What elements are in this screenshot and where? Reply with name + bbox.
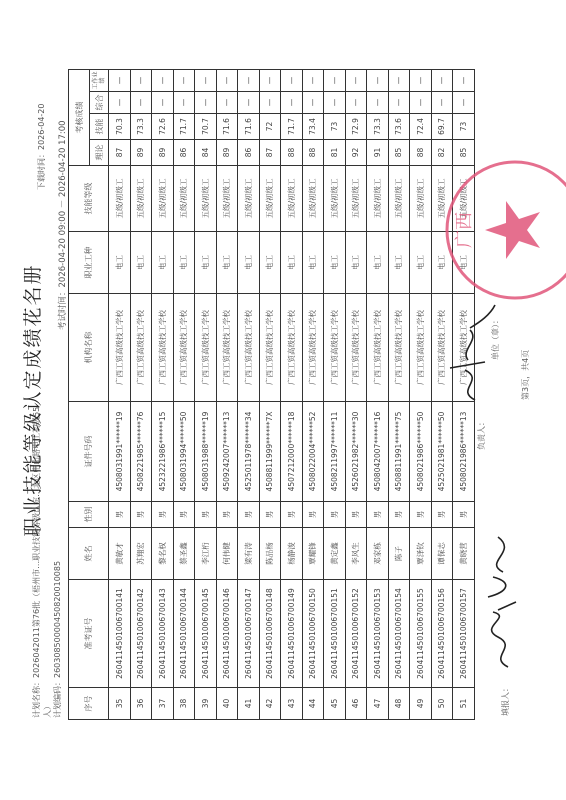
- cell-name: 黄晓营: [453, 528, 475, 580]
- cell-occ: 电工: [281, 232, 303, 294]
- cell-gender: 男: [216, 502, 238, 528]
- cell-skill: 71.7: [281, 114, 303, 140]
- cell-id: 4508022004******52: [302, 402, 324, 502]
- cell-level: 五级/初级工: [367, 166, 389, 232]
- cell-inst: 广西工贸高级技工学校: [324, 294, 346, 402]
- cell-name: 黄敏才: [109, 528, 131, 580]
- cell-seq: 46: [345, 688, 367, 720]
- cell-gender: 男: [152, 502, 174, 528]
- cell-ticket: 2604114501006700154: [388, 580, 410, 688]
- cell-level: 五级/初级工: [152, 166, 174, 232]
- cell-inst: 广西工贸高级技工学校: [367, 294, 389, 402]
- cell-level: 五级/初级工: [259, 166, 281, 232]
- header-gender: 性别: [69, 502, 109, 528]
- cell-perf: —: [152, 70, 174, 92]
- cell-id: 4525021981******50: [431, 402, 453, 502]
- official-seal-stamp: 广西: [440, 155, 566, 305]
- cell-id: 4508031994******50: [173, 402, 195, 502]
- cell-theory: 89: [130, 140, 152, 166]
- header-row: 序号 准考证号 姓名 性别 证件号码 机构名称 职业工种 技能等级 考核成绩: [69, 70, 90, 720]
- cell-overall: —: [109, 92, 131, 114]
- cell-occ: 电工: [367, 232, 389, 294]
- cell-overall: —: [173, 92, 195, 114]
- cell-gender: 男: [345, 502, 367, 528]
- cell-perf: —: [216, 70, 238, 92]
- cell-theory: 85: [388, 140, 410, 166]
- roster-page: 职业技能等级认定成绩花名册 计划名称：2026042011第76批（梧州市…职业…: [0, 0, 566, 800]
- cell-id: 4509242007******13: [216, 402, 238, 502]
- cell-seq: 45: [324, 688, 346, 720]
- cell-perf: —: [238, 70, 260, 92]
- cell-overall: —: [281, 92, 303, 114]
- cell-occ: 电工: [238, 232, 260, 294]
- cell-overall: —: [431, 92, 453, 114]
- cell-inst: 广西工贸高级技工学校: [195, 294, 217, 402]
- score-roster-table: 序号 准考证号 姓名 性别 证件号码 机构名称 职业工种 技能等级 考核成绩 理…: [68, 69, 475, 720]
- cell-skill: 70.7: [195, 114, 217, 140]
- cell-seq: 42: [259, 688, 281, 720]
- cell-perf: —: [367, 70, 389, 92]
- cell-ticket: 2604114501006700157: [453, 580, 475, 688]
- cell-perf: —: [453, 70, 475, 92]
- cell-overall: —: [152, 92, 174, 114]
- cell-level: 五级/初级工: [410, 166, 432, 232]
- cell-gender: 男: [130, 502, 152, 528]
- cell-id: 4508021986******50: [410, 402, 432, 502]
- cell-skill: 70.3: [109, 114, 131, 140]
- cell-overall: —: [367, 92, 389, 114]
- cell-name: 邓家栋: [367, 528, 389, 580]
- cell-seq: 49: [410, 688, 432, 720]
- cell-name: 黎名权: [152, 528, 174, 580]
- table-row: 452604114501006700151黄定鑫男4508211997*****…: [324, 70, 346, 720]
- cell-level: 五级/初级工: [302, 166, 324, 232]
- cell-gender: 男: [367, 502, 389, 528]
- unit-seal-label: 单位（章）：: [490, 316, 501, 360]
- cell-id: 4508221985******76: [130, 402, 152, 502]
- cell-name: 黄定鑫: [324, 528, 346, 580]
- header-name: 姓名: [69, 528, 109, 580]
- cell-perf: —: [431, 70, 453, 92]
- cell-id: 4526021982******30: [345, 402, 367, 502]
- cell-skill: 73: [324, 114, 346, 140]
- cell-overall: —: [195, 92, 217, 114]
- plan-number: 计划编码：26030850000450820010085: [52, 561, 63, 718]
- cell-overall: —: [388, 92, 410, 114]
- cell-gender: 男: [388, 502, 410, 528]
- header-scores-group: 考核成绩: [69, 70, 90, 166]
- cell-seq: 48: [388, 688, 410, 720]
- cell-name: 覃泽钦: [410, 528, 432, 580]
- table-row: 492604114501006700155覃泽钦男4508021986*****…: [410, 70, 432, 720]
- cell-overall: —: [302, 92, 324, 114]
- cell-ticket: 2604114501006700155: [410, 580, 432, 688]
- cell-level: 五级/初级工: [388, 166, 410, 232]
- cell-theory: 88: [281, 140, 303, 166]
- cell-theory: 88: [302, 140, 324, 166]
- cell-ticket: 2604114501006700142: [130, 580, 152, 688]
- header-performance: 工作业绩: [90, 70, 109, 92]
- cell-theory: 81: [324, 140, 346, 166]
- cell-overall: —: [324, 92, 346, 114]
- cell-inst: 广西工贸高级技工学校: [152, 294, 174, 402]
- header-theory: 理论: [90, 140, 109, 166]
- cell-id: 4508031988******19: [195, 402, 217, 502]
- cell-seq: 36: [130, 688, 152, 720]
- cell-skill: 72: [259, 114, 281, 140]
- cell-skill: 72.6: [152, 114, 174, 140]
- cell-inst: 广西工贸高级技工学校: [130, 294, 152, 402]
- cell-skill: 72.4: [410, 114, 432, 140]
- cell-ticket: 2604114501006700143: [152, 580, 174, 688]
- cell-id: 4523221986******15: [152, 402, 174, 502]
- cell-ticket: 2604114501006700147: [238, 580, 260, 688]
- table-row: 432604114501006700149杨静浚男4507212000*****…: [281, 70, 303, 720]
- cell-skill: 73.6: [388, 114, 410, 140]
- cell-seq: 40: [216, 688, 238, 720]
- cell-name: 陈子: [388, 528, 410, 580]
- cell-skill: 72.9: [345, 114, 367, 140]
- cell-gender: 男: [324, 502, 346, 528]
- cell-skill: 73: [453, 114, 475, 140]
- cell-gender: 男: [302, 502, 324, 528]
- cell-occ: 电工: [388, 232, 410, 294]
- cell-id: 4525011978******34: [238, 402, 260, 502]
- cell-theory: 87: [109, 140, 131, 166]
- cell-gender: 男: [281, 502, 303, 528]
- cell-occ: 电工: [109, 232, 131, 294]
- cell-skill: 71.7: [173, 114, 195, 140]
- cell-occ: 电工: [345, 232, 367, 294]
- cell-level: 五级/初级工: [345, 166, 367, 232]
- cell-perf: —: [410, 70, 432, 92]
- cell-occ: 电工: [216, 232, 238, 294]
- cell-skill: 73.3: [130, 114, 152, 140]
- cell-overall: —: [238, 92, 260, 114]
- table-row: 412604114501006700147梁有涛男4525011978*****…: [238, 70, 260, 720]
- header-id-number: 证件号码: [69, 402, 109, 502]
- table-row: 442604114501006700150覃耀锋男4508022004*****…: [302, 70, 324, 720]
- cell-name: 覃耀锋: [302, 528, 324, 580]
- table-row: 472604114501006700153邓家栋男4508042007*****…: [367, 70, 389, 720]
- cell-gender: 男: [431, 502, 453, 528]
- cell-skill: 71.6: [216, 114, 238, 140]
- table-row: 362604114501006700142苏翔宏男4508221985*****…: [130, 70, 152, 720]
- cell-skill: 69.7: [431, 114, 453, 140]
- cell-ticket: 2604114501006700144: [173, 580, 195, 688]
- cell-name: 陈品杨: [259, 528, 281, 580]
- cell-overall: —: [453, 92, 475, 114]
- cell-theory: 89: [216, 140, 238, 166]
- cell-gender: 男: [238, 502, 260, 528]
- cell-level: 五级/初级工: [281, 166, 303, 232]
- cell-name: 李江桁: [195, 528, 217, 580]
- cell-perf: —: [259, 70, 281, 92]
- cell-level: 五级/初级工: [195, 166, 217, 232]
- cell-gender: 男: [195, 502, 217, 528]
- cell-occ: 电工: [259, 232, 281, 294]
- cell-name: 李风生: [345, 528, 367, 580]
- cell-seq: 35: [109, 688, 131, 720]
- cell-perf: —: [281, 70, 303, 92]
- cell-skill: 71.6: [238, 114, 260, 140]
- cell-perf: —: [302, 70, 324, 92]
- cell-inst: 广西工贸高级技工学校: [410, 294, 432, 402]
- cell-seq: 47: [367, 688, 389, 720]
- header-level: 技能等级: [69, 166, 109, 232]
- cell-inst: 广西工贸高级技工学校: [345, 294, 367, 402]
- cell-id: 4508042007******16: [367, 402, 389, 502]
- table-row: 422604114501006700148陈品杨男4508811999*****…: [259, 70, 281, 720]
- table-row: 382604114501006700144蔡圣鑫男4508031994*****…: [173, 70, 195, 720]
- cell-seq: 37: [152, 688, 174, 720]
- header-institution: 机构名称: [69, 294, 109, 402]
- cell-theory: 84: [195, 140, 217, 166]
- cell-level: 五级/初级工: [216, 166, 238, 232]
- cell-perf: —: [130, 70, 152, 92]
- cell-id: 4508211997******11: [324, 402, 346, 502]
- cell-theory: 91: [367, 140, 389, 166]
- cell-perf: —: [345, 70, 367, 92]
- table-row: 352604114501006700141黄敏才男4508031991*****…: [109, 70, 131, 720]
- cell-inst: 广西工贸高级技工学校: [302, 294, 324, 402]
- cell-occ: 电工: [130, 232, 152, 294]
- cell-gender: 男: [109, 502, 131, 528]
- cell-name: 苏翔宏: [130, 528, 152, 580]
- cell-ticket: 2604114501006700151: [324, 580, 346, 688]
- cell-name: 何伟健: [216, 528, 238, 580]
- header-seq: 序号: [69, 688, 109, 720]
- cell-seq: 43: [281, 688, 303, 720]
- cell-seq: 41: [238, 688, 260, 720]
- header-skill: 技能: [90, 114, 109, 140]
- cell-perf: —: [324, 70, 346, 92]
- cell-gender: 男: [173, 502, 195, 528]
- cell-overall: —: [410, 92, 432, 114]
- reviewer-label: 负责人：: [476, 418, 487, 450]
- roster-body: 352604114501006700141黄敏才男4508031991*****…: [109, 70, 475, 720]
- cell-level: 五级/初级工: [109, 166, 131, 232]
- header-ticket: 准考证号: [69, 580, 109, 688]
- cell-inst: 广西工贸高级技工学校: [388, 294, 410, 402]
- cell-level: 五级/初级工: [173, 166, 195, 232]
- cell-gender: 男: [410, 502, 432, 528]
- filler-label: 填报人：: [500, 684, 511, 716]
- cell-ticket: 2604114501006700145: [195, 580, 217, 688]
- cell-id: 4508021986******13: [453, 402, 475, 502]
- cell-inst: 广西工贸高级技工学校: [259, 294, 281, 402]
- cell-id: 4508031991******19: [109, 402, 131, 502]
- cell-name: 谭保志: [431, 528, 453, 580]
- cell-occ: 电工: [324, 232, 346, 294]
- cell-theory: 88: [410, 140, 432, 166]
- header-overall: 综合: [90, 92, 109, 114]
- cell-name: 蔡圣鑫: [173, 528, 195, 580]
- cell-level: 五级/初级工: [324, 166, 346, 232]
- cell-seq: 38: [173, 688, 195, 720]
- cell-occ: 电工: [302, 232, 324, 294]
- cell-ticket: 2604114501006700141: [109, 580, 131, 688]
- cell-seq: 51: [453, 688, 475, 720]
- cell-ticket: 2604114501006700146: [216, 580, 238, 688]
- cell-ticket: 2604114501006700153: [367, 580, 389, 688]
- cell-overall: —: [216, 92, 238, 114]
- cell-theory: 92: [345, 140, 367, 166]
- cell-theory: 86: [238, 140, 260, 166]
- cell-ticket: 2604114501006700156: [431, 580, 453, 688]
- filler-signature: [478, 522, 528, 672]
- cell-overall: —: [259, 92, 281, 114]
- cell-ticket: 2604114501006700152: [345, 580, 367, 688]
- cell-gender: 男: [259, 502, 281, 528]
- table-row: 482604114501006700154陈子男4508811991******…: [388, 70, 410, 720]
- cell-gender: 男: [453, 502, 475, 528]
- cell-perf: —: [195, 70, 217, 92]
- cell-level: 五级/初级工: [130, 166, 152, 232]
- table-row: 372604114501006700143黎名权男4523221986*****…: [152, 70, 174, 720]
- cell-ticket: 2604114501006700148: [259, 580, 281, 688]
- cell-theory: 87: [259, 140, 281, 166]
- cell-name: 杨静浚: [281, 528, 303, 580]
- cell-occ: 电工: [195, 232, 217, 294]
- page-count: 第3页，共4页: [520, 350, 531, 400]
- cell-overall: —: [130, 92, 152, 114]
- cell-seq: 44: [302, 688, 324, 720]
- cell-seq: 39: [195, 688, 217, 720]
- cell-occ: 电工: [152, 232, 174, 294]
- table-row: 462604114501006700152李风生男4526021982*****…: [345, 70, 367, 720]
- cell-level: 五级/初级工: [238, 166, 260, 232]
- exam-time: 考试时间：2026-04-20 09:00 － 2026-04-20 17:00: [56, 120, 68, 330]
- cell-inst: 广西工贸高级技工学校: [281, 294, 303, 402]
- cell-name: 梁有涛: [238, 528, 260, 580]
- plan-name: 计划名称：2026042011第76批（梧州市…职业技能等级认定…北区中山路电工…: [31, 407, 42, 718]
- header-occupation: 职业工种: [69, 232, 109, 294]
- stamp-text: 广西: [454, 212, 475, 248]
- cell-overall: —: [345, 92, 367, 114]
- cell-id: 4507212000******18: [281, 402, 303, 502]
- cell-inst: 广西工贸高级技工学校: [173, 294, 195, 402]
- table-row: 392604114501006700145李江桁男4508031988*****…: [195, 70, 217, 720]
- cell-id: 4508811991******75: [388, 402, 410, 502]
- cell-ticket: 2604114501006700150: [302, 580, 324, 688]
- cell-id: 4508811999******7X: [259, 402, 281, 502]
- cell-inst: 广西工贸高级技工学校: [216, 294, 238, 402]
- cell-perf: —: [173, 70, 195, 92]
- cell-seq: 50: [431, 688, 453, 720]
- cell-occ: 电工: [410, 232, 432, 294]
- cell-perf: —: [388, 70, 410, 92]
- cell-occ: 电工: [173, 232, 195, 294]
- cell-perf: —: [109, 70, 131, 92]
- download-time: 下载时间：2026-04-20: [36, 104, 47, 191]
- cell-theory: 86: [173, 140, 195, 166]
- cell-skill: 73.4: [302, 114, 324, 140]
- cell-inst: 广西工贸高级技工学校: [238, 294, 260, 402]
- cell-theory: 89: [152, 140, 174, 166]
- cell-skill: 73.3: [367, 114, 389, 140]
- table-row: 402604114501006700146何伟健男4509242007*****…: [216, 70, 238, 720]
- cell-inst: 广西工贸高级技工学校: [109, 294, 131, 402]
- cell-ticket: 2604114501006700149: [281, 580, 303, 688]
